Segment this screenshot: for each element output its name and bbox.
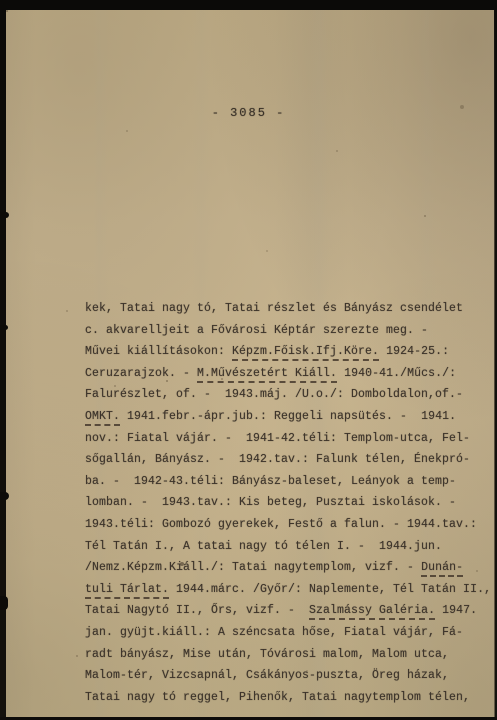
text-line: c. akvarelljeit a Fővárosi Képtár szerez…	[85, 320, 485, 342]
edge-artifact	[0, 325, 8, 330]
text-segment: /Nemz.Képzm.Kiáll./: Tatai nagytemplom, …	[85, 561, 421, 574]
text-segment: Ceruzarajzok. -	[85, 367, 197, 380]
edge-artifact	[0, 212, 9, 218]
underlined-phrase: Szalmássy Galéria.	[309, 604, 435, 620]
text-segment: 1944.márc. /Győr/: Naplemente, Tél Tatán…	[169, 583, 491, 596]
underlined-phrase: Dunán-	[421, 561, 463, 577]
text-segment: 1924-25.:	[379, 345, 449, 358]
text-segment: sőgallán, Bányász. - 1942.tav.: Falunk t…	[85, 453, 470, 466]
text-segment: 1947.	[435, 604, 477, 617]
text-segment: 1943.téli: Gombozó gyerekek, Festő a fal…	[85, 518, 477, 531]
underlined-phrase: Képzm.Főisk.Ifj.Köre.	[232, 345, 379, 361]
paper-specks	[6, 10, 8, 12]
text-segment: nov.: Fiatal vájár. - 1941-42.téli: Temp…	[85, 432, 470, 445]
edge-artifact	[0, 492, 9, 500]
text-line: OMKT. 1941.febr.-ápr.jub.: Reggeli napsü…	[85, 406, 485, 428]
underlined-phrase: tuli Tárlat.	[85, 583, 169, 599]
text-line: Tatai Nagytó II., Őrs, vizf. - Szalmássy…	[85, 600, 485, 622]
underlined-phrase: OMKT.	[85, 410, 120, 426]
text-line: jan. gyüjt.kiáll.: A széncsata hőse, Fia…	[85, 622, 485, 644]
text-line: sőgallán, Bányász. - 1942.tav.: Falunk t…	[85, 449, 485, 471]
text-segment: c. akvarelljeit a Fővárosi Képtár szerez…	[85, 324, 428, 337]
text-segment: jan. gyüjt.kiáll.: A széncsata hőse, Fia…	[85, 626, 463, 639]
text-segment: Tatai Nagytó II., Őrs, vizf. -	[85, 604, 309, 617]
text-line: Ceruzarajzok. - M.Művészetért Kiáll. 194…	[85, 363, 485, 385]
text-segment: Falurészlet, of. - 1943.máj. /U.o./: Dom…	[85, 388, 463, 401]
page-number: - 3085 -	[0, 106, 497, 120]
text-segment: 1941.febr.-ápr.jub.: Reggeli napsütés. -…	[120, 410, 456, 423]
text-segment: radt bányász, Mise után, Tóvárosi malom,…	[85, 648, 449, 661]
typewritten-text: kek, Tatai nagy tó, Tatai részlet és Bán…	[85, 298, 485, 708]
text-line: kek, Tatai nagy tó, Tatai részlet és Bán…	[85, 298, 485, 320]
text-line: Malom-tér, Vizcsapnál, Csákányos-puszta,…	[85, 665, 485, 687]
text-line: Tatai nagy tó reggel, Pihenők, Tatai nag…	[85, 687, 485, 709]
text-line: /Nemz.Képzm.Kiáll./: Tatai nagytemplom, …	[85, 557, 485, 579]
text-line: Művei kiállításokon: Képzm.Főisk.Ifj.Kör…	[85, 341, 485, 363]
edge-artifact	[0, 596, 8, 610]
text-segment: kek, Tatai nagy tó, Tatai részlet és Bán…	[85, 302, 463, 315]
text-segment: Tatai nagy tó reggel, Pihenők, Tatai nag…	[85, 691, 470, 704]
text-line: nov.: Fiatal vájár. - 1941-42.téli: Temp…	[85, 428, 485, 450]
text-segment: Tél Tatán I., A tatai nagy tó télen I. -…	[85, 540, 442, 553]
text-segment: Malom-tér, Vizcsapnál, Csákányos-puszta,…	[85, 669, 449, 682]
text-line: lomban. - 1943.tav.: Kis beteg, Pusztai …	[85, 492, 485, 514]
scanned-page: - 3085 - kek, Tatai nagy tó, Tatai részl…	[0, 0, 497, 720]
text-segment: 1940-41./Műcs./:	[337, 367, 456, 380]
text-line: Tél Tatán I., A tatai nagy tó télen I. -…	[85, 536, 485, 558]
text-segment: lomban. - 1943.tav.: Kis beteg, Pusztai …	[85, 496, 456, 509]
scan-edge-top	[0, 0, 497, 10]
text-line: radt bányász, Mise után, Tóvárosi malom,…	[85, 644, 485, 666]
text-line: ba. - 1942-43.téli: Bányász-baleset, Leá…	[85, 471, 485, 493]
text-line: 1943.téli: Gombozó gyerekek, Festő a fal…	[85, 514, 485, 536]
text-line: Falurészlet, of. - 1943.máj. /U.o./: Dom…	[85, 384, 485, 406]
text-segment: ba. - 1942-43.téli: Bányász-baleset, Leá…	[85, 475, 456, 488]
underlined-phrase: M.Művészetért Kiáll.	[197, 367, 337, 383]
text-segment: Művei kiállításokon:	[85, 345, 232, 358]
text-line: tuli Tárlat. 1944.márc. /Győr/: Naplemen…	[85, 579, 485, 601]
